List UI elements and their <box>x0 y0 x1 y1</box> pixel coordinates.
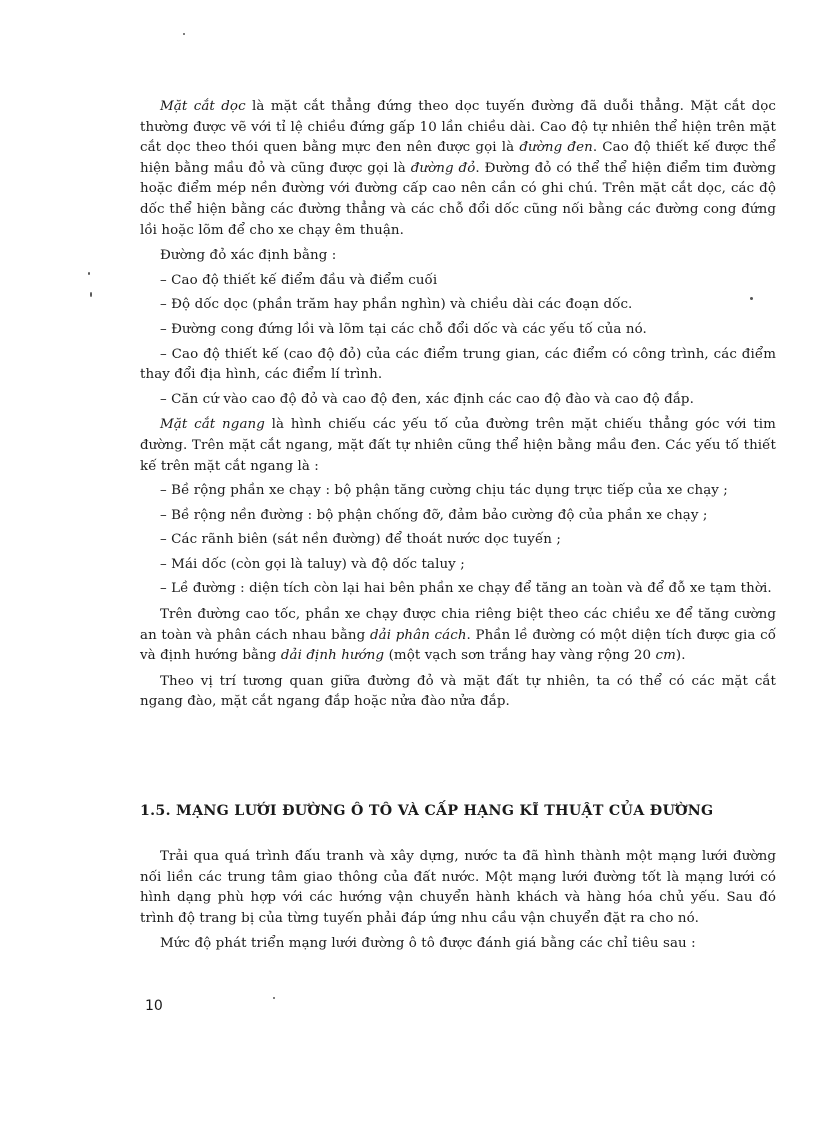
scan-speck <box>273 997 275 999</box>
list-item: – Bề rộng phần xe chạy : bộ phận tăng cư… <box>140 481 776 502</box>
list-item: – Bề rộng nền đường : bộ phận chống đỡ, … <box>140 506 776 527</box>
scan-speck <box>90 292 92 297</box>
page-body: Mặt cắt dọc là mặt cắt thẳng đứng theo d… <box>140 97 776 713</box>
scan-speck <box>750 297 753 300</box>
list-item: – Đường cong đứng lồi và lõm tại các chỗ… <box>140 320 776 341</box>
paragraph-expressway: Trên đường cao tốc, phần xe chạy được ch… <box>140 605 776 667</box>
red-line-intro: Đường đỏ xác định bằng : <box>140 246 776 267</box>
paragraph-cut-fill: Theo vị trí tương quan giữa đường đỏ và … <box>140 672 776 713</box>
scan-speck <box>88 272 90 275</box>
list-item: – Cao độ thiết kế điểm đầu và điểm cuối <box>140 271 776 292</box>
term-longitudinal-section: Mặt cắt dọc <box>160 99 246 114</box>
list-item: – Độ dốc dọc (phần trăm hay phần nghìn) … <box>140 295 776 316</box>
page-number: 10 <box>145 998 163 1014</box>
paragraph-network: Trải qua quá trình đấu tranh và xây dựng… <box>140 847 776 929</box>
paragraph-longitudinal-section: Mặt cắt dọc là mặt cắt thẳng đứng theo d… <box>140 97 776 241</box>
section-heading: 1.5. MẠNG LƯỚI ĐƯỜNG Ô TÔ VÀ CẤP HẠNG KĨ… <box>140 803 776 819</box>
scan-speck <box>183 33 185 35</box>
list-item: – Cao độ thiết kế (cao độ đỏ) của các đi… <box>140 345 776 386</box>
list-item: – Lề đường : diện tích còn lại hai bên p… <box>140 579 776 600</box>
list-item: – Các rãnh biên (sát nền đường) để thoát… <box>140 530 776 551</box>
paragraph-criteria: Mức độ phát triển mạng lưới đường ô tô đ… <box>140 934 776 955</box>
paragraph-cross-section: Mặt cắt ngang là hình chiếu các yếu tố c… <box>140 415 776 477</box>
list-item: – Mái dốc (còn gọi là taluy) và độ dốc t… <box>140 555 776 576</box>
term-cross-section: Mặt cắt ngang <box>160 417 265 432</box>
list-item: – Căn cứ vào cao độ đỏ và cao độ đen, xá… <box>140 390 776 411</box>
section-body: Trải qua quá trình đấu tranh và xây dựng… <box>140 847 776 955</box>
